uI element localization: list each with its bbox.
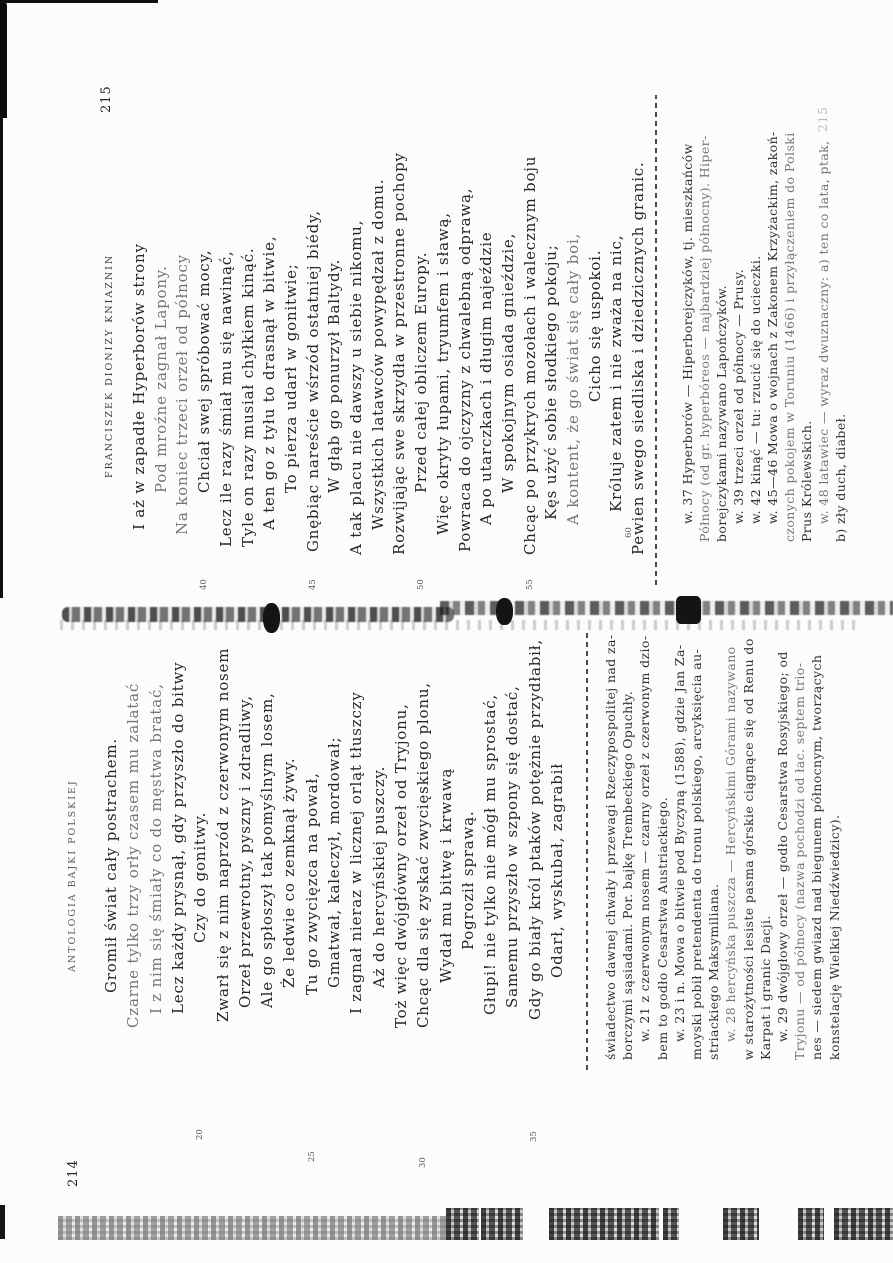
edge-shadow-segment <box>481 1208 523 1240</box>
poem-line: Ale go spłoszył tak pomyślnym losem, <box>258 692 276 1008</box>
poem-line: Chcąc po przykrych mozołach i walecznym … <box>521 156 539 555</box>
poem-line: Kęs użyć sobie słodkiego pokoju; <box>542 244 560 520</box>
edge-shadow-segment <box>723 1208 759 1240</box>
line-number-marker: 40 <box>199 579 209 590</box>
footnote-line: bem to godło Cesarstwa Austriackiego. <box>655 797 670 1060</box>
page-215-content: FRANCISZEK DIONIZY KNIAZNIN 215 I aż w z… <box>88 55 848 600</box>
page-214: 214 ANTOLOGIA BAJKI POLSKIEJ Gromił świa… <box>58 615 848 1200</box>
edge-shadow-segment <box>663 1208 679 1240</box>
poem-line: Gromił świat cały postrachem. <box>102 738 120 993</box>
poem-line: Więc okryty łupami, tryumfem i sławą, <box>434 212 452 535</box>
poem-line: Toż więc dwójgłówny orzeł od Tryjonu, <box>392 703 410 1028</box>
gutter-speckle <box>60 620 860 630</box>
poem-line: Lecz ile razy śmiał mu się nawinąć, <box>217 250 235 547</box>
scan-edge-corner <box>0 0 7 118</box>
page-number: 214 <box>66 1159 81 1187</box>
line-number-marker: 30 <box>418 1157 428 1168</box>
footnote-line: w. 45—46 Mowa o wojnach z Zakonem Krzyża… <box>765 131 780 524</box>
poem-line: A kontent, że go świat się cały boi, <box>564 233 582 525</box>
poem-line: Że ledwie co zemknął żywy. <box>280 758 298 988</box>
footnote-line: Tryjonu — od północy (nazwa pochodzi od … <box>792 663 807 1060</box>
line-number-marker: 55 <box>525 579 535 590</box>
footnote-line: w. 48 latawiec — wyraz dwuznaczny: a) te… <box>816 140 831 524</box>
line-number-marker: 60 <box>624 527 634 538</box>
poem-line: Chciał swej spróbować mocy, <box>195 250 213 493</box>
ink-blob <box>676 596 701 624</box>
poem-line: A tak placu nie dawszy u siebie nikomu, <box>347 220 365 555</box>
footnote-line: w starożytności lesiste pasma górskie ci… <box>741 638 756 1060</box>
line-number-marker: 20 <box>195 1129 205 1140</box>
poem-line: Wszystkich latawców powypędzał z domu. <box>369 179 387 530</box>
poem-line: Na koniec trzeci orzeł od północy <box>173 254 191 535</box>
page-edge-shadow <box>0 1206 893 1244</box>
footnote-line: w. 23 i n. Mowa o bitwie pod Byczyną (15… <box>672 645 687 1042</box>
footnote-line: moyski pobił pretendenta do tronu polski… <box>689 649 704 1060</box>
poem-line: Pewien swego siedliska i dziedzicznych g… <box>629 161 647 555</box>
footnote-line: borczymi sąsiadami. Por. bajkę Trembecki… <box>620 691 635 1060</box>
footnote-line: świadectwo dawnej chwały i przewagi Rzec… <box>603 634 618 1060</box>
edge-shadow-segment <box>834 1208 893 1240</box>
poem-line: A po utarczkach i długim najeździe <box>477 232 495 525</box>
page-214-content: 214 ANTOLOGIA BAJKI POLSKIEJ Gromił świa… <box>58 615 848 1200</box>
poem-line: Przed całej obliczem Europy. <box>412 252 430 493</box>
scanned-book-spread: FRANCISZEK DIONIZY KNIAZNIN 215 I aż w z… <box>0 0 893 1263</box>
page-number: 215 <box>99 85 114 113</box>
footnote-line: b) zły duch, diabeł. <box>833 414 848 542</box>
page-215: FRANCISZEK DIONIZY KNIAZNIN 215 I aż w z… <box>88 55 848 600</box>
poem-line: Pogroził sprawą. <box>459 811 477 950</box>
poem-line: I aż w zapadłe Hyperborów strony <box>130 243 148 530</box>
footnote-line: w. 37 Hyperborów — Hiperborejczyków, tj.… <box>680 143 695 524</box>
footnote-line: czonych pokojem w Toruniu (1466) i przył… <box>782 132 797 542</box>
line-number-marker: 45 <box>308 579 318 590</box>
edge-shadow-segment <box>798 1208 824 1240</box>
footnote-line: w. 39 trzeci orzeł od północy — Prusy. <box>731 269 746 524</box>
poem-line: Orzeł przewrotny, pyszny i zdradliwy, <box>236 695 254 1008</box>
poem-line: Pod mroźne zagnał Lapony. <box>152 265 170 493</box>
line-number-marker: 50 <box>416 579 426 590</box>
poem-line: Odarł, wyskubał, zagrabił <box>548 763 566 978</box>
footnote-line: striackiego Maksymiliana. <box>706 884 721 1060</box>
footnote-rule <box>655 95 657 585</box>
poem-line: Lecz każdy prysnął, gdy przyszło do bitw… <box>169 662 187 1014</box>
ink-blob <box>263 603 280 633</box>
line-number-marker: 25 <box>307 1151 317 1162</box>
poem-line: To pierza udarł w gonitwie; <box>282 263 300 493</box>
footnote-line: w. 21 z czerwonym nosem — czarny orzeł z… <box>637 636 652 1042</box>
poem-line: W spokojnym osiada gnieździe, <box>499 233 517 493</box>
poem-line: I z nim się śmiały co do męstwa bratać, <box>147 683 165 1014</box>
poem-line: Tu go zwycięzca na pował, <box>303 772 321 995</box>
footnote-rule <box>586 630 588 1070</box>
poem-line: Tyle on razy musiał chyłkiem kinąć. <box>239 248 257 547</box>
running-head: ANTOLOGIA BAJKI POLSKIEJ <box>67 779 78 972</box>
poem-line: Czarne tylko trzy orły czasem mu zalatać <box>124 683 142 1028</box>
footnote-line: Karpat i granic Dacji. <box>758 915 773 1060</box>
poem-line: I zagnał nieraz w licznej orląt tłuszczy <box>347 691 365 1014</box>
poem-line: Wydał mu bitwę i krwawą <box>437 768 455 983</box>
poem-line: Powraca do ojczyzny z chwalebną odprawą, <box>456 188 474 552</box>
running-head: FRANCISZEK DIONIZY KNIAZNIN <box>104 254 115 478</box>
scan-edge-top <box>0 0 158 3</box>
footnote-line: nes — siedem gwiazd nad biegunem północn… <box>809 655 824 1060</box>
footnote-line: konstelację Wielkiej Niedźwiedzicy). <box>827 815 842 1060</box>
footnote-line: w. 29 dwójgłowy orzeł — godło Cesarstwa … <box>775 651 790 1042</box>
footnote-line: borejczykami nazywano Lapończyków. <box>714 285 729 542</box>
poem-line: Cicho się uspokoi. <box>586 250 604 402</box>
poem-line: A ten go z tyłu to drasnął w bitwie, <box>260 236 278 530</box>
poem-line: Głupi! nie tylko nie mógł mu sprostać, <box>481 694 499 1015</box>
poem-line: Zwarł się z nim naprzód z czerwonym nose… <box>214 648 232 1022</box>
poem-line: Rozwijając swe skrzydła w przestronne po… <box>390 152 408 555</box>
page-gutter-shadow <box>0 598 893 634</box>
poem-line: W głąb go ponurzył Baltydy. <box>325 259 343 493</box>
poem-line: Gdy go biały król ptaków potężnie przydł… <box>526 639 544 1020</box>
edge-shadow-segment <box>549 1208 659 1240</box>
line-number-marker: 35 <box>529 1131 539 1142</box>
poem-line: Króluje zatem i nie zważa na nic, <box>607 235 625 512</box>
scan-edge-chip <box>0 1205 5 1239</box>
footnote-line: Północy (od gr. hyperbóreos — najbardzie… <box>697 135 712 542</box>
edge-shadow-segment <box>58 1216 446 1240</box>
footnote-line: w. 42 kinąć — tu: rzucić się do ucieczki… <box>748 255 763 524</box>
poem-line: Czy do gonitwy. <box>191 812 209 943</box>
edge-shadow-segment <box>446 1208 479 1240</box>
footnote-line: w. 28 hercyńska puszcza — Hercyńskimi Gó… <box>723 646 738 1042</box>
poem-line: Samemu przyszło w szpony się dostać, <box>503 685 521 1008</box>
footnote-line: Prus Królewskich. <box>799 420 814 542</box>
poem-line: Gmatwał, kaleczył, mordował; <box>325 737 343 988</box>
poem-line: Aż do hercyńskiej puszczy. <box>370 766 388 988</box>
ink-blob <box>496 598 513 625</box>
page-number-offset-artifact: 215 <box>816 106 830 132</box>
poem-line: Chcąc dla się zyskać zwycięskiego plonu, <box>414 682 432 1028</box>
poem-line: Gnębiąc nareście wśrzód ostatniej biédy, <box>304 210 322 552</box>
